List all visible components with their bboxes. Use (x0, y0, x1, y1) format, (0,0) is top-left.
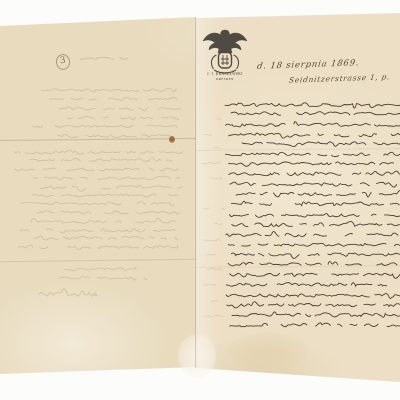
handwriting-strokes (0, 0, 400, 400)
left-page-bleedthrough-closing (59, 267, 147, 280)
left-page-bleedthrough-block-a (32, 88, 181, 137)
left-page-signature-flourish (39, 289, 96, 296)
pencil-note (80, 57, 127, 59)
letter-scan: 3 J. I. KRASZEWSKI DRESDEN d. 18 sierpni… (0, 0, 400, 400)
left-page-bleedthrough-block-b (14, 150, 183, 249)
right-page-body-text (225, 103, 400, 327)
right-page-margin-bleedthrough (201, 119, 224, 317)
